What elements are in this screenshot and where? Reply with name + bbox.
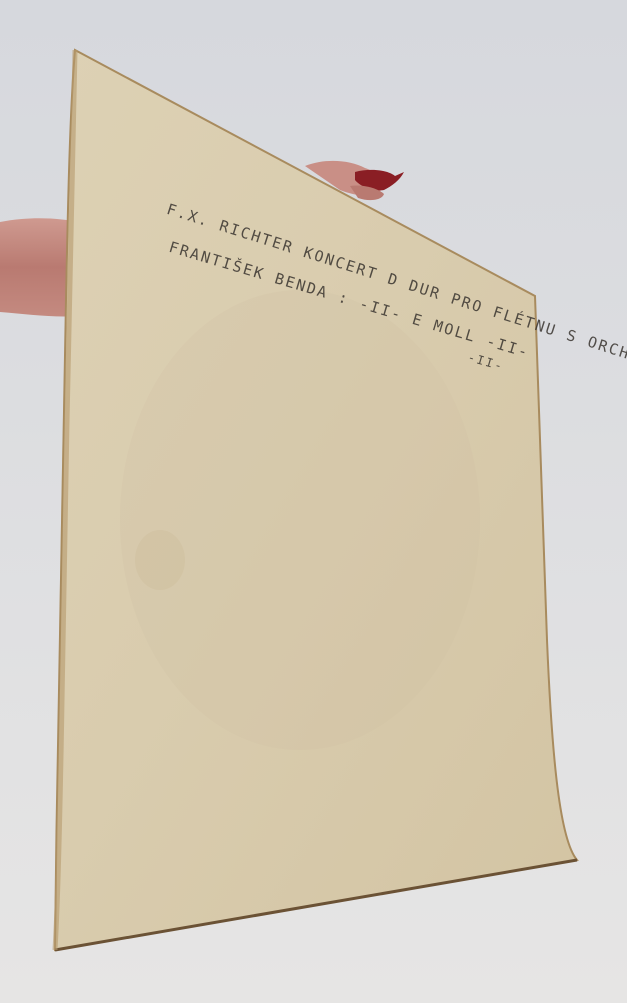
record-sleeve bbox=[55, 50, 577, 950]
scene-graphics bbox=[0, 0, 627, 1003]
photo-scene: F.X. RICHTER KONCERT D DUR PRO FLÉTNU S … bbox=[0, 0, 627, 1003]
